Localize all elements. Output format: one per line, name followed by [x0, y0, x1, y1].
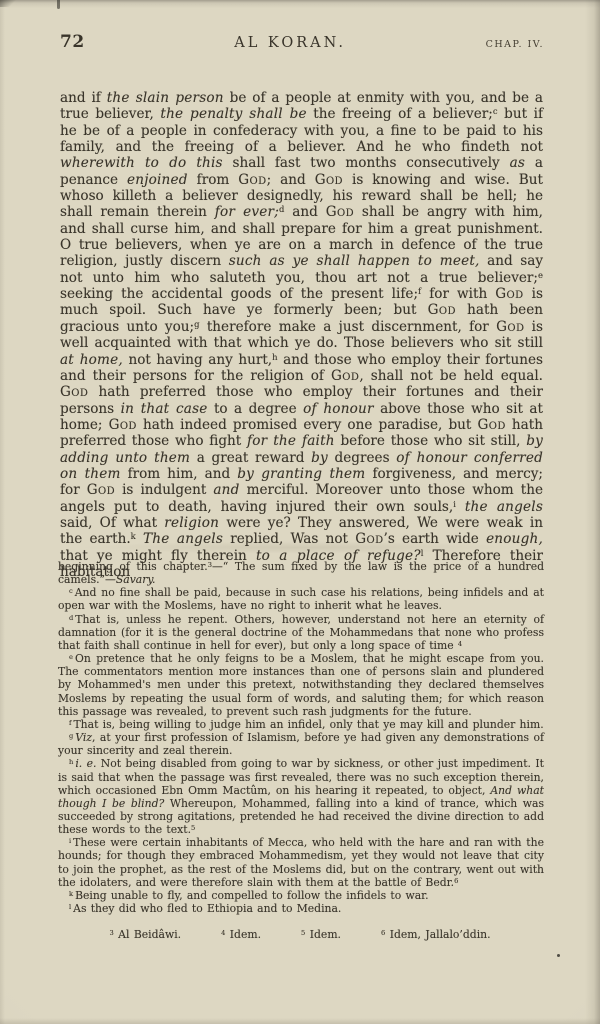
reference-text: Idem. [310, 928, 341, 941]
reference-item: 6 Idem, Jallalo’ddin. [381, 928, 491, 941]
footnote-text: Being unable to fly, and compelled to fo… [75, 889, 429, 902]
reference-marker: 5 [301, 929, 305, 937]
footnote: eOn pretence that he only feigns to be a… [58, 652, 544, 718]
footnote-text: beginning of this chapter.3—“ The sum fi… [58, 560, 544, 586]
footnote: gViz, at your first profession of Islami… [58, 731, 544, 757]
footnote-text: As they did who fled to Ethiopia and to … [73, 902, 341, 915]
footnote: kBeing unable to fly, and compelled to f… [58, 889, 544, 902]
footnote-marker: c [69, 587, 73, 595]
footnote-marker: g [69, 732, 73, 740]
reference-item: 3 Al Beidâwi. [109, 928, 181, 941]
scan-speck [557, 954, 560, 957]
footnote-marker: f [69, 719, 71, 727]
reference-text: Idem. [230, 928, 261, 941]
book-page: 72 AL KORAN. CHAP. IV. and if the slain … [0, 0, 600, 1024]
page-header: 72 AL KORAN. CHAP. IV. [60, 32, 544, 52]
reference-marker: 3 [109, 929, 113, 937]
footnote: lAs they did who fled to Ethiopia and to… [58, 902, 544, 915]
body-text: and if the slain person be of a people a… [60, 90, 543, 580]
footnote-text: Viz, at your first profession of Islamis… [58, 731, 544, 757]
running-title: AL KORAN. [85, 35, 486, 51]
scan-artifact-tick [57, 0, 60, 9]
footnote-marker: d [69, 614, 73, 622]
reference-marker: 4 [221, 929, 225, 937]
footnote-marker: i [69, 837, 71, 845]
page-number: 72 [60, 32, 85, 52]
footnote-marker: l [69, 903, 71, 911]
footnote-marker: e [69, 653, 73, 661]
references-row: 3 Al Beidâwi. 4 Idem. 5 Idem. 6 Idem, Ja… [60, 928, 540, 941]
footnote-text: And no fine shall be paid, because in su… [58, 586, 544, 612]
footnote: cAnd no fine shall be paid, because in s… [58, 586, 544, 612]
footnote-text: These were certain inhabitants of Mecca,… [58, 836, 544, 888]
footnote-text: On pretence that he only feigns to be a … [58, 652, 544, 718]
footnote-text: i. e. Not being disabled from going to w… [58, 757, 544, 836]
reference-text: Idem, Jallalo’ddin. [390, 928, 491, 941]
footnote: fThat is, being willing to judge him an … [58, 718, 544, 731]
chapter-label: CHAP. IV. [486, 39, 544, 50]
footnote-marker: k [69, 890, 73, 898]
reference-item: 5 Idem. [301, 928, 341, 941]
footnotes-section: beginning of this chapter.3—“ The sum fi… [58, 560, 544, 915]
reference-item: 4 Idem. [221, 928, 261, 941]
footnote: iThese were certain inhabitants of Mecca… [58, 836, 544, 889]
footnote-continuation: beginning of this chapter.3—“ The sum fi… [58, 560, 544, 586]
scan-corner-shadow [0, 0, 16, 7]
reference-text: Al Beidâwi. [118, 928, 181, 941]
footnote-text: That is, unless he repent. Others, howev… [58, 613, 544, 652]
footnote-marker: h [69, 758, 73, 766]
reference-marker: 6 [381, 929, 385, 937]
footnote-text: That is, being willing to judge him an i… [73, 718, 543, 731]
footnote: dThat is, unless he repent. Others, howe… [58, 613, 544, 652]
footnote: hi. e. Not being disabled from going to … [58, 757, 544, 836]
